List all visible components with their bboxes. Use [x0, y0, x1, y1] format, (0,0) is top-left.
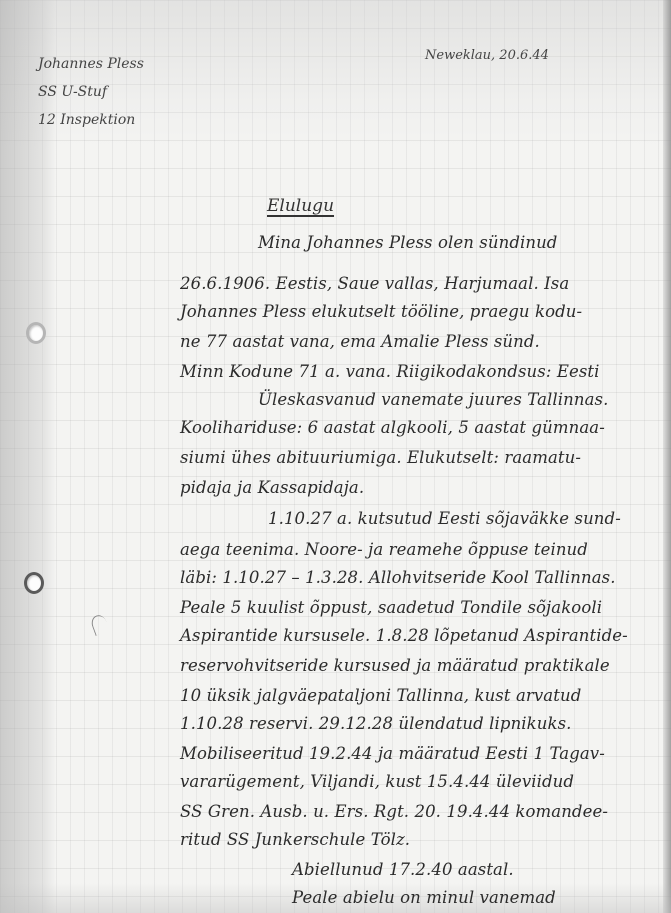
sender-name: Johannes Pless — [38, 56, 144, 72]
letter-line: ritud SS Junkerschule Tölz. — [180, 830, 410, 849]
scanned-letter-page: Johannes Pless SS U-Stuf 12 Inspektion N… — [0, 0, 671, 913]
letter-line: siumi ühes abituuriumiga. Elukutselt: ra… — [180, 448, 581, 467]
binding-margin-shadow — [0, 0, 56, 913]
letter-line: 26.6.1906. Eestis, Saue vallas, Harjumaa… — [180, 274, 569, 293]
page-edge-right — [663, 0, 671, 913]
sender-rank: SS U-Stuf — [38, 84, 107, 100]
letter-line: Üleskasvanud vanemate juures Tallinnas. — [258, 390, 608, 409]
letter-line: Minn Kodune 71 a. vana. Riigikodakondsus… — [180, 362, 600, 381]
letter-line: Peale 5 kuulist õppust, saadetud Tondile… — [180, 598, 602, 617]
letter-line: reservohvitseride kursused ja määratud p… — [180, 656, 610, 675]
punch-hole-icon — [24, 572, 44, 594]
letter-line: pidaja ja Kassapidaja. — [180, 478, 364, 497]
sender-unit: 12 Inspektion — [38, 112, 135, 128]
place-date: Neweklau, 20.6.44 — [425, 48, 549, 63]
punch-hole-icon — [26, 322, 46, 344]
letter-line: ne 77 aastat vana, ema Amalie Pless sünd… — [180, 332, 540, 351]
letter-line: Koolihariduse: 6 aastat algkooli, 5 aast… — [180, 418, 605, 437]
letter-line: läbi: 1.10.27 – 1.3.28. Allohvitseride K… — [180, 568, 616, 587]
letter-line: 1.10.28 reservi. 29.12.28 ülendatud lipn… — [180, 714, 572, 733]
letter-line: Johannes Pless elukutselt tööline, praeg… — [180, 302, 582, 321]
letter-line: Peale abielu on minul vanemad — [292, 888, 556, 907]
letter-line: aega teenima. Noore- ja reamehe õppuse t… — [180, 540, 588, 559]
letter-line: Aspirantide kursusele. 1.8.28 lõpetanud … — [180, 626, 628, 645]
pencil-mark — [89, 613, 110, 636]
letter-line: vararügement, Viljandi, kust 15.4.44 üle… — [180, 772, 574, 791]
letter-line: 10 üksik jalgväepataljoni Tallinna, kust… — [180, 686, 581, 705]
letter-line: Abiellunud 17.2.40 aastal. — [292, 860, 514, 879]
letter-line: Mobiliseeritud 19.2.44 ja määratud Eesti… — [180, 744, 605, 763]
document-title: Elulugu — [267, 196, 360, 216]
letter-line: SS Gren. Ausb. u. Ers. Rgt. 20. 19.4.44 … — [180, 802, 608, 821]
letter-line: Mina Johannes Pless olen sündinud — [258, 233, 557, 252]
letter-line: 1.10.27 a. kutsutud Eesti sõjaväkke sund… — [268, 509, 621, 528]
